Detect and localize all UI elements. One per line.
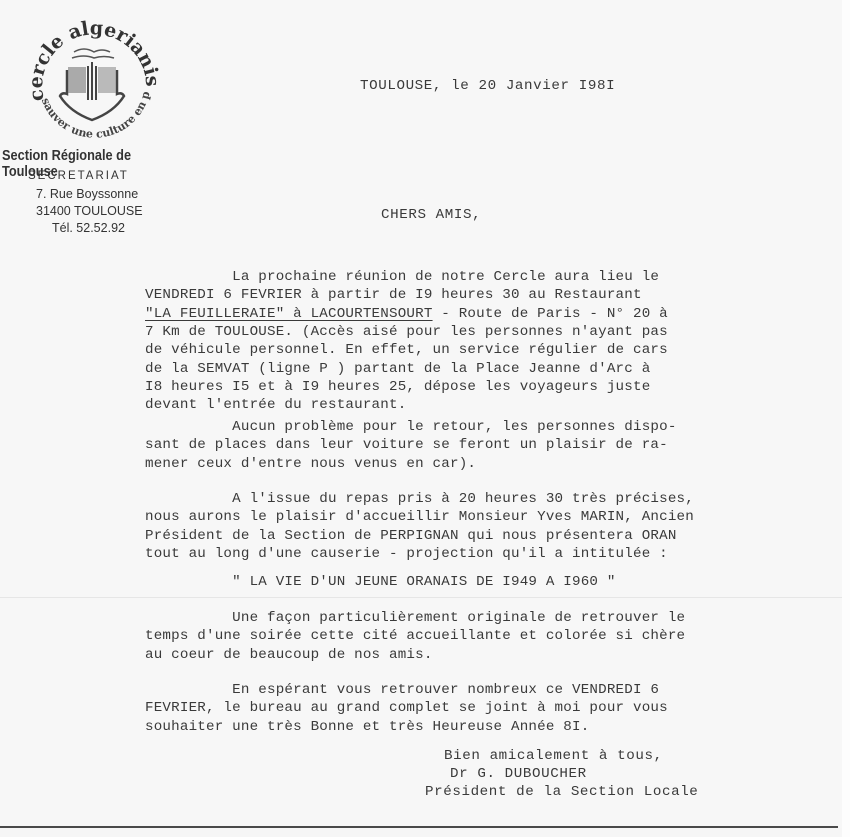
letter-line: "LA FEUILLERAIE" à LACOURTENSOURT - Rout… — [145, 305, 668, 323]
letter-line: tout au long d'une causerie - projection… — [145, 545, 668, 563]
city-postcode: 31400 TOULOUSE — [36, 204, 176, 218]
greeting: CHERS AMIS, — [381, 206, 481, 224]
letter-line: souhaiter une très Bonne et très Heureus… — [145, 718, 589, 736]
letter-line: au coeur de beaucoup de nos amis. — [145, 646, 433, 664]
letter-line: sant de places dans leur voiture se fero… — [145, 436, 668, 454]
letter-line: " LA VIE D'UN JEUNE ORANAIS DE I949 A I9… — [145, 573, 616, 591]
bottom-rule — [0, 826, 838, 828]
letter-line: de la SEMVAT (ligne P ) partant de la Pl… — [145, 360, 650, 378]
date-line: TOULOUSE, le 20 Janvier I98I — [360, 77, 615, 95]
signatory-title: Président de la Section Locale — [425, 783, 698, 801]
closing: Bien amicalement à tous, — [444, 747, 663, 765]
letter-line: En espérant vous retrouver nombreux ce V… — [145, 681, 659, 699]
phone-number: Tél. 52.52.92 — [52, 221, 192, 235]
paper-fold — [0, 597, 842, 598]
hamsa-hand-icon — [60, 49, 124, 120]
letter-line: VENDREDI 6 FEVRIER à partir de I9 heures… — [145, 286, 642, 304]
restaurant-name: "LA FEUILLERAIE" à LACOURTENSOURT — [145, 306, 433, 322]
letter-line: devant l'entrée du restaurant. — [145, 396, 406, 414]
cercle-algerianiste-logo: cercle algerianiste sauver une culture e… — [22, 12, 164, 144]
letter-line: La prochaine réunion de notre Cercle aur… — [145, 268, 659, 286]
signatory-name: Dr G. DUBOUCHER — [450, 765, 587, 783]
letter-line: Président de la Section de PERPIGNAN qui… — [145, 527, 677, 545]
letter-line: FEVRIER, le bureau au grand complet se j… — [145, 699, 668, 717]
secretariat-label: SECRETARIAT — [28, 170, 178, 182]
line-text: - Route de Paris - N° 20 à — [433, 306, 668, 322]
letter-line: 7 Km de TOULOUSE. (Accès aisé pour les p… — [145, 323, 668, 341]
letter-line: temps d'une soirée cette cité accueillan… — [145, 627, 685, 645]
paper-edge — [842, 0, 850, 837]
letter-line: A l'issue du repas pris à 20 heures 30 t… — [145, 490, 694, 508]
letter-line: de véhicule personnel. En effet, un serv… — [145, 341, 668, 359]
letter-line: nous aurons le plaisir d'accueillir Mons… — [145, 508, 694, 526]
letter-line: Une façon particulièrement originale de … — [145, 609, 685, 627]
letter-line: Aucun problème pour le retour, les perso… — [145, 418, 677, 436]
street-address: 7. Rue Boyssonne — [36, 187, 176, 201]
letter-line: mener ceux d'entre nous venus en car). — [145, 455, 476, 473]
letter-line: I8 heures I5 et à I9 heures 25, dépose l… — [145, 378, 650, 396]
